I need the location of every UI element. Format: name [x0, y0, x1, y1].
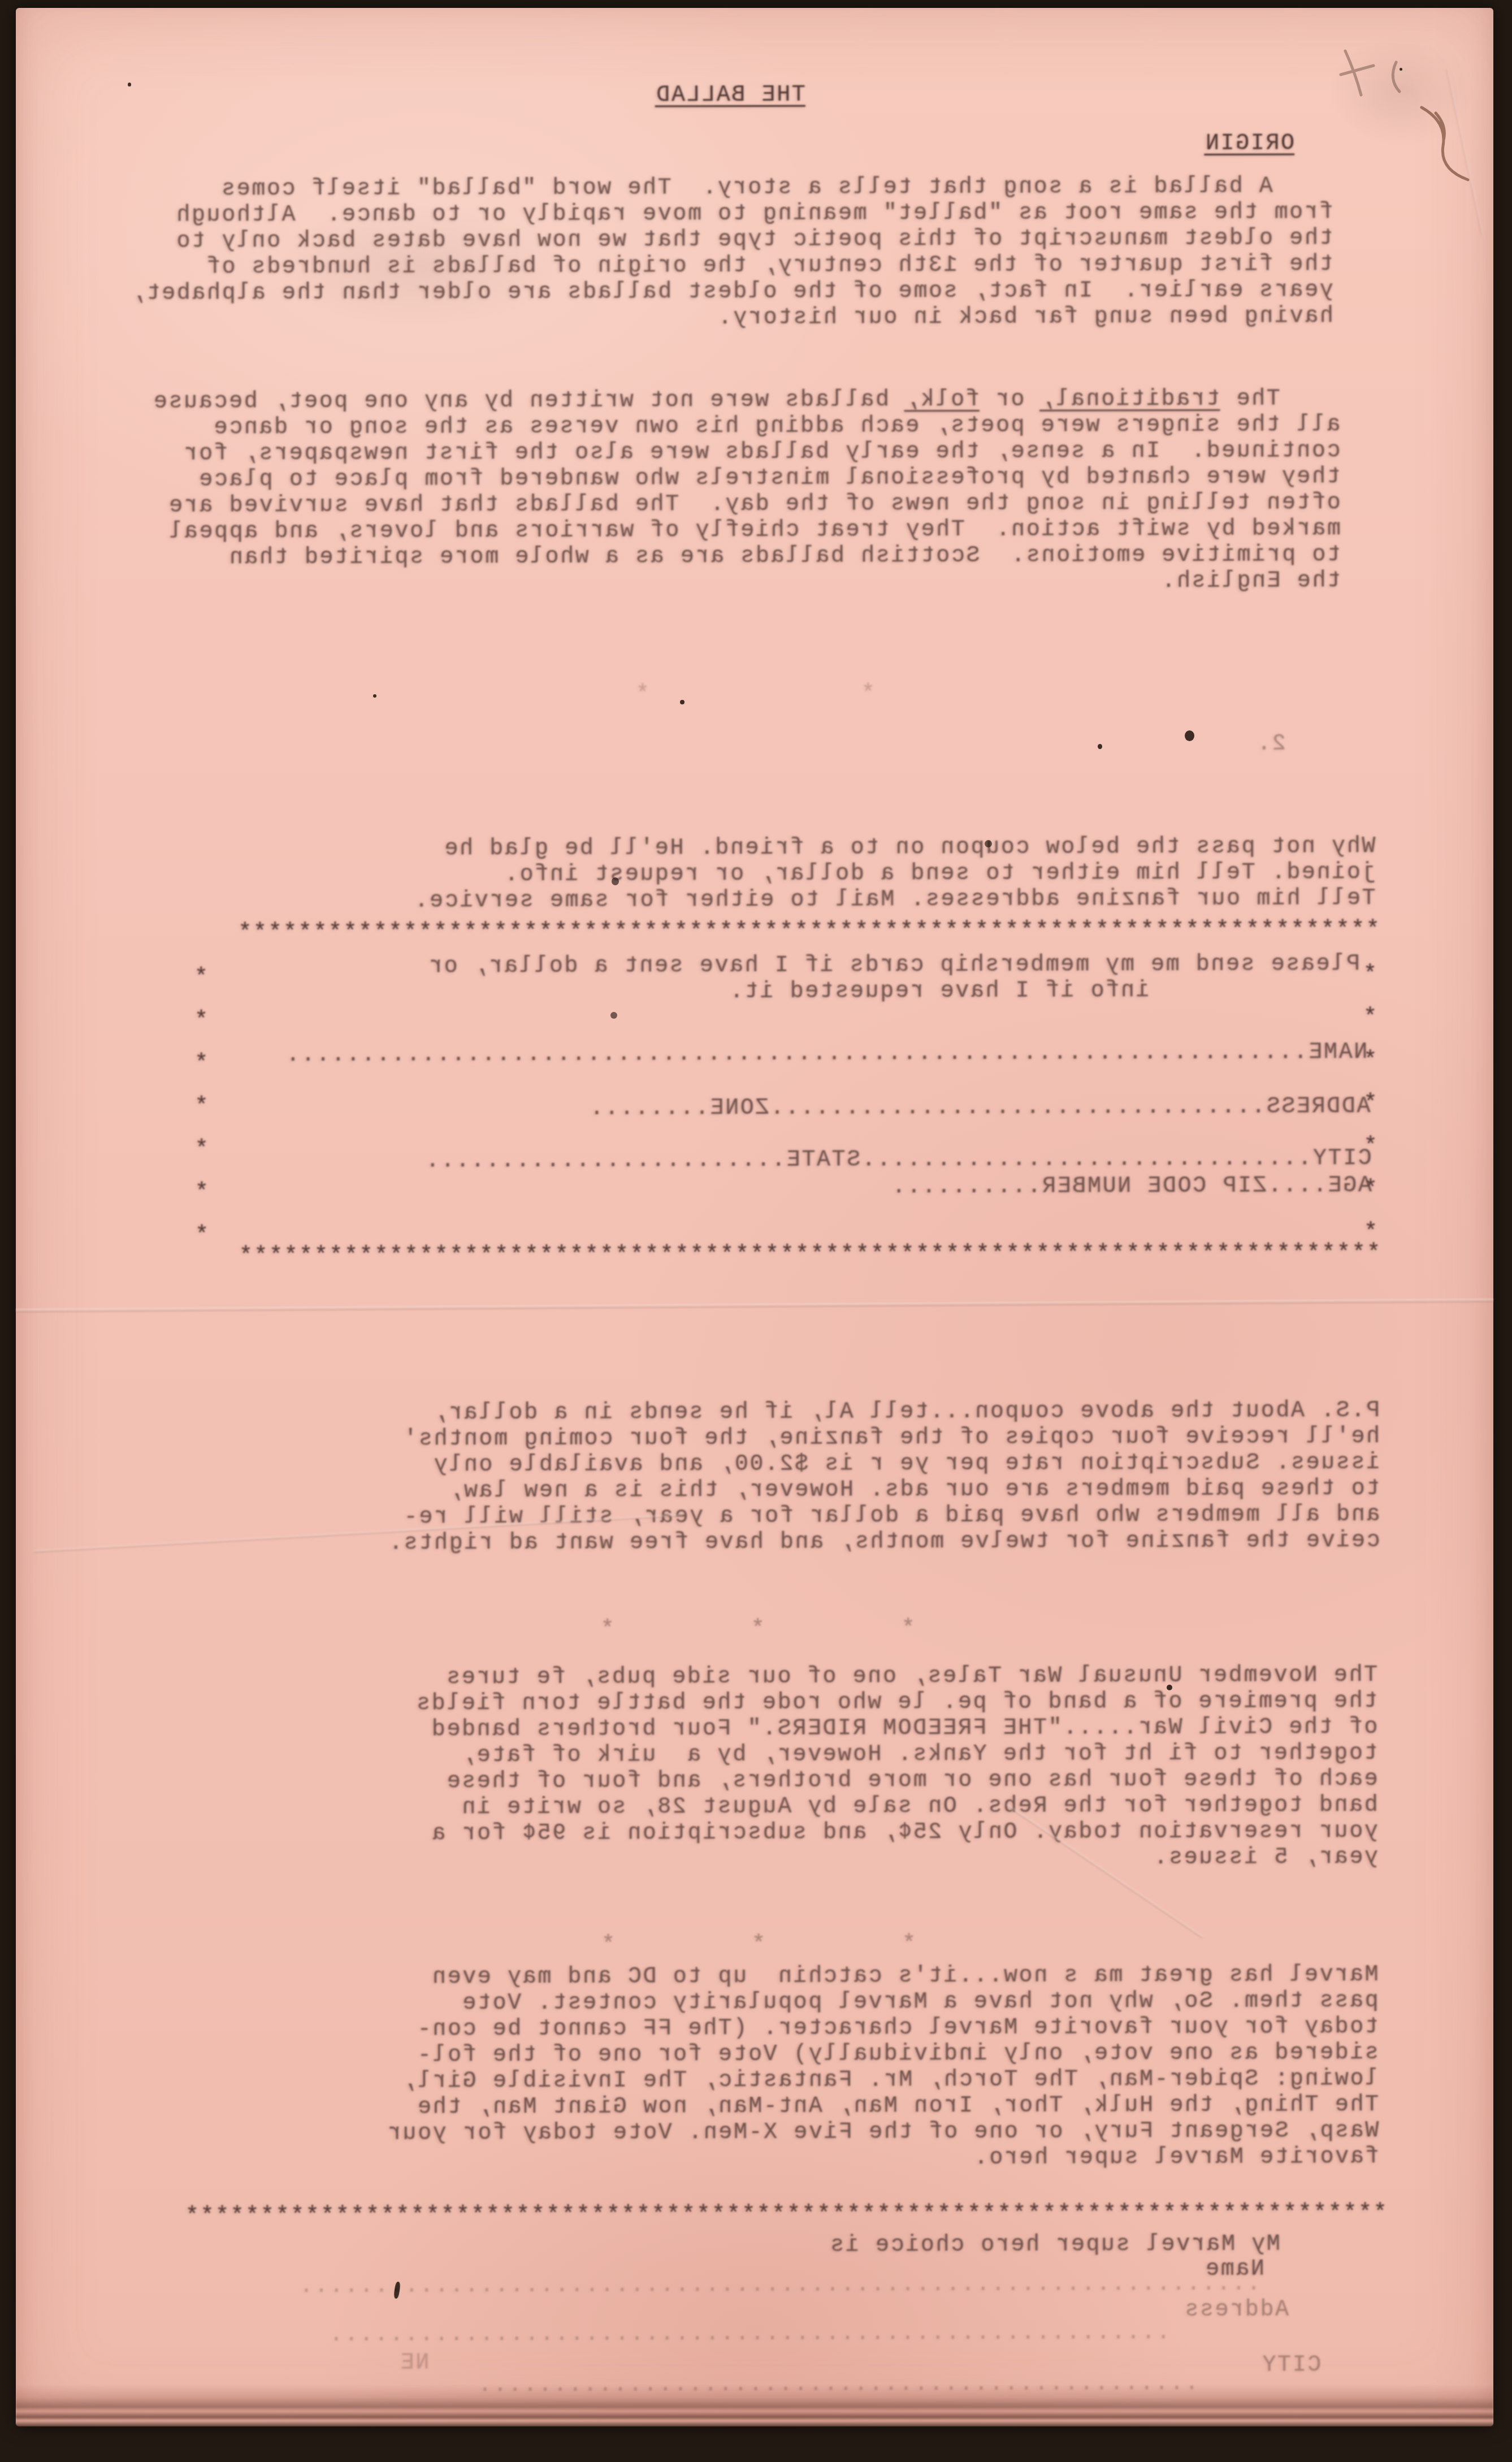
ink-speck [1167, 1685, 1172, 1690]
para2-text-mid: or [980, 387, 1040, 413]
ink-speck [612, 877, 619, 885]
coupon-intro-paragraph: Why not pass the below coupon on to a fr… [413, 834, 1376, 914]
separator-triple-2: * * * [2, 1930, 1512, 1960]
para2-underlined-traditional: traditional, [1039, 387, 1220, 413]
ballot-choice-line: My Marvel super hero choice is [829, 2232, 1280, 2259]
coupon-age-zip-line: AGE....ZIP CODE NUMBER.......... [890, 1173, 1371, 1200]
coupon-bottom-border: ****************************************… [237, 1241, 1380, 1270]
coupon-request-lines: Please send me my membership cards if I … [427, 951, 1360, 1006]
ink-speck [373, 694, 376, 698]
coupon-city-state-line: CITY..............................STATE.… [424, 1146, 1372, 1174]
ballot-city-label: CITY [1261, 2352, 1322, 2378]
ballot-name-dotted-line: ........................................… [298, 2271, 1260, 2300]
war-tales-paragraph: The November Unusual War Tales, one of o… [415, 1663, 1378, 1873]
ink-speck [1185, 730, 1194, 741]
bottom-fold-edge [16, 2385, 1493, 2428]
para2-underlined-folk: folk, [904, 387, 980, 413]
page-number: 2. [1255, 732, 1285, 758]
ink-speck [985, 840, 992, 847]
ps-paragraph: P.S. About the above coupon...tell Al, i… [387, 1398, 1380, 1557]
coupon-address-zone-line: ADDRESS.................................… [588, 1094, 1371, 1122]
origin-paragraph-2: The traditional, or folk, ballads were n… [152, 386, 1341, 598]
full-width-asterisk-divider: ****************************************… [184, 2201, 1387, 2230]
separator-faint: * * [0, 680, 1511, 710]
page-title: THE BALLAD [655, 83, 805, 109]
para2-text: The [1220, 386, 1340, 412]
origin-heading: ORIGIN [1204, 131, 1294, 157]
ink-speck [128, 83, 131, 86]
coupon-name-line: NAME....................................… [285, 1040, 1368, 1068]
separator-triple-1: * * * [1, 1615, 1512, 1645]
ballot-address-dotted-line: ........................................… [328, 2320, 1170, 2348]
para2-text-rest: ballads were not written by any one poet… [152, 387, 1341, 594]
ink-speck [1400, 68, 1402, 71]
ballot-address-label: Address [1184, 2297, 1289, 2323]
ink-speck [610, 1012, 617, 1019]
coupon-right-border: * * * * * * * [193, 957, 209, 1258]
ink-speck [680, 700, 684, 704]
scanned-page-background: THE BALLAD ORIGIN A ballad is a song tha… [0, 0, 1512, 2462]
mirrored-ink-layer: THE BALLAD ORIGIN A ballad is a song tha… [0, 0, 1512, 2462]
ballot-zone-label-fragment: NE [399, 2351, 429, 2377]
origin-paragraph-1: A ballad is a song that tells a story. T… [130, 174, 1333, 333]
brown-crease-mark [1402, 96, 1512, 209]
ink-speck [1098, 744, 1102, 749]
marvel-paragraph: Marvel has great ma s now...it's catchin… [386, 1962, 1379, 2173]
coupon-top-border: ****************************************… [237, 918, 1380, 946]
